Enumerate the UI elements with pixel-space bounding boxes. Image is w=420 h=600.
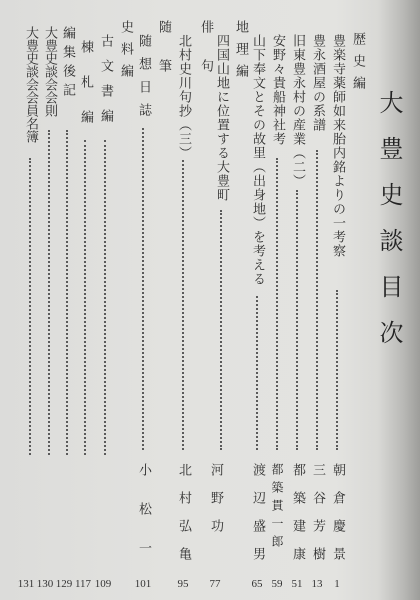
section-essay: 随筆: [156, 20, 170, 98]
toc-entry-title: 随想日誌: [136, 34, 150, 126]
toc-entry-title: 四国山地に位置する大豊町: [214, 34, 228, 202]
toc-entry-author: 渡辺盛男: [250, 463, 264, 575]
toc-entry-page: 77: [200, 578, 230, 590]
toc-entry-title: 古文書編: [98, 34, 112, 134]
dotted-leader: [220, 210, 222, 450]
toc-entry-author: 北村弘亀: [176, 463, 190, 575]
toc-entry-title: 安野々貴船神社考: [270, 34, 284, 146]
toc-entry-title: 北村史川句抄（三）: [176, 34, 190, 160]
toc-entry-page: 95: [168, 578, 198, 590]
dotted-leader: [84, 140, 86, 455]
dotted-leader: [48, 130, 50, 455]
toc-entry-author: 河野功: [208, 463, 222, 547]
toc-entry-author: 都築建康: [290, 463, 304, 575]
toc-entry-title: 大豊史談会会員名簿: [23, 26, 37, 143]
dotted-leader: [316, 150, 318, 450]
toc-entry-page: 101: [128, 578, 158, 590]
toc-entry-title: 旧東豊永村の産業（二）: [290, 34, 304, 188]
section-haiku: 俳句: [198, 20, 212, 98]
dotted-leader: [296, 190, 298, 450]
dotted-leader: [256, 296, 258, 450]
dotted-leader: [336, 290, 338, 450]
dotted-leader: [29, 158, 31, 455]
toc-entry-title: 棟札編: [78, 40, 92, 145]
dotted-leader: [142, 128, 144, 450]
section-geography: 地理編: [233, 20, 247, 86]
dotted-leader: [104, 140, 106, 455]
toc-entry-page: 65: [242, 578, 272, 590]
toc-entry-page: 131: [11, 578, 41, 590]
section-history: 歴史編: [350, 32, 364, 98]
toc-entry-title: 豊永酒屋の系譜: [310, 34, 324, 132]
toc-entry-title: 山下奉文とその故里（出身地）を考える: [250, 34, 264, 286]
toc-entry-title: 豊楽寺薬師如来胎内銘よりの一考察: [330, 34, 344, 258]
dotted-leader: [182, 160, 184, 450]
dotted-leader: [66, 130, 68, 455]
toc-entry-title: 大豊史談会会則: [42, 26, 56, 117]
page-title: 大豊史談目次: [376, 90, 402, 366]
toc-entry-author: 都築貫一郎: [270, 463, 284, 553]
dotted-leader: [276, 158, 278, 450]
toc-entry-author: 小松一: [136, 463, 150, 580]
toc-entry-author: 朝倉慶景: [330, 463, 344, 575]
toc-entry-title: 編集後記: [60, 26, 74, 102]
section-materials: 史料編: [118, 20, 132, 86]
toc-entry-author: 三谷芳樹: [310, 463, 324, 575]
